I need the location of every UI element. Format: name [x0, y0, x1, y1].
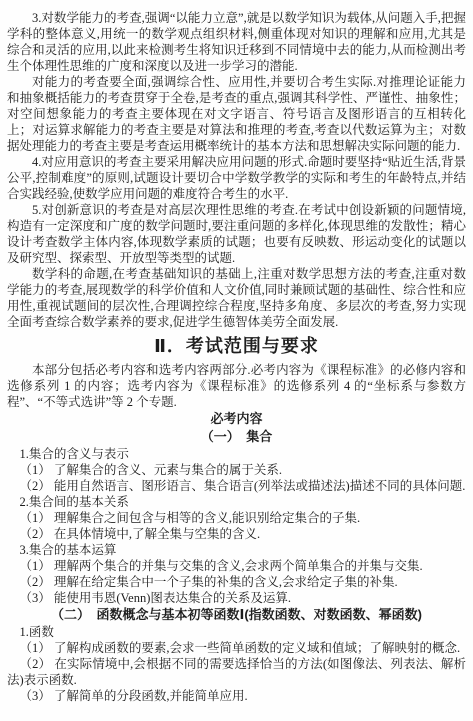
part1-heading: （一） 集合: [7, 428, 466, 446]
list-item-sets-3-3: （3） 能使用韦恩(Venn)图表达集合的关系及运算.: [7, 590, 466, 606]
paragraph-application: 4.对应用意识的考查主要采用解决应用问题的形式.命题时要坚持“贴近生活,背景公平…: [7, 154, 466, 202]
list-item-sets-1-2: （2） 能用自然语言、图形语言、集合语言(列举法或描述法)描述不同的具体问题.: [7, 478, 466, 494]
required-content-heading: 必考内容: [7, 410, 466, 428]
list-item-sets-3: 3.集合的基本运算: [7, 542, 466, 558]
list-item-function-1: 1.函数: [7, 624, 466, 640]
paragraph-proposition: 数学科的命题,在考查基础知识的基础上,注重对数学思想方法的考查,注重对数学能力的…: [7, 266, 466, 330]
paragraph-ability-overview: 对能力的考查要全面,强调综合性、应用性,并要切合考生实际.对推理论证能力和抽象概…: [7, 74, 466, 154]
list-item-sets-3-1: （1） 理解两个集合的并集与交集的含义,会求两个简单集合的并集与交集.: [7, 558, 466, 574]
list-item-function-1-3: （3） 了解简单的分段函数,并能简单应用.: [7, 688, 466, 704]
section-heading: Ⅱ．考试范围与要求: [7, 334, 466, 358]
part2-heading: （二） 函数概念与基本初等函数Ⅰ(指数函数、对数函数、幂函数): [7, 606, 466, 624]
list-item-sets-1: 1.集合的含义与表示: [7, 446, 466, 462]
list-item-sets-3-2: （2） 理解在给定集合中一个子集的补集的含义,会求给定子集的补集.: [7, 574, 466, 590]
list-item-function-1-1: （1） 了解构成函数的要素,会求一些简单函数的定义域和值域；了解映射的概念.: [7, 640, 466, 656]
paragraph-math-ability: 3.对数学能力的考查,强调“以能力立意”,就是以数学知识为载体,从问题入手,把握…: [7, 10, 466, 74]
list-item-sets-1-1: （1） 了解集合的含义、元素与集合的属于关系.: [7, 462, 466, 478]
list-item-sets-2-1: （1） 理解集合之间包含与相等的含义,能识别给定集合的子集.: [7, 510, 466, 526]
list-item-sets-2: 2.集合间的基本关系: [7, 494, 466, 510]
list-item-function-1-2: （2） 在实际情境中,会根据不同的需要选择恰当的方法(如图像法、列表法、解析法)…: [7, 656, 466, 688]
paragraph-section-intro: 本部分包括必考内容和选考内容两部分.必考内容为《课程标准》的必修内容和选修系列 …: [7, 362, 466, 410]
document-page: 3.对数学能力的考查,强调“以能力立意”,就是以数学知识为载体,从问题入手,把握…: [0, 0, 473, 721]
list-item-sets-2-2: （2） 在具体情境中,了解全集与空集的含义.: [7, 526, 466, 542]
paragraph-innovation: 5.对创新意识的考查是对高层次理性思维的考查.在考试中创设新颖的问题情境,构造有…: [7, 202, 466, 266]
